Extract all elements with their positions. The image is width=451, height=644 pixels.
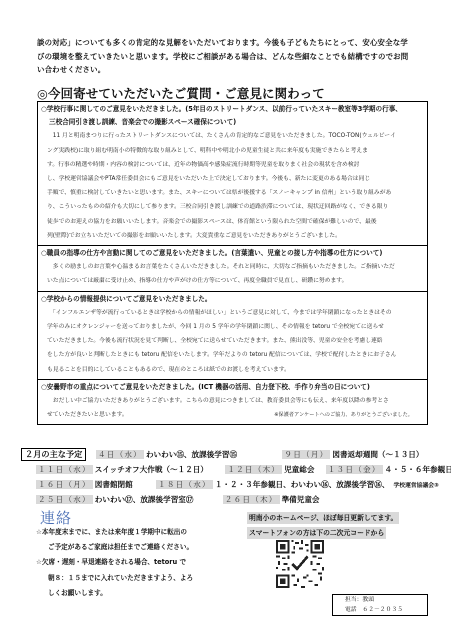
feedback-box: ○学校行事に関してのご意見をいただきました。(5年目のストリートダンス、以前行っ… — [37, 101, 428, 425]
schedule-date: １８日（水） — [156, 480, 213, 489]
feedback-body-line: 列(壁際)でお立ちいただいての撮影をお願いいたします。大変貴重なご意見をいただき… — [41, 229, 423, 243]
intro-paragraph: 談の対応」についても多くの肯定的な見解をいただいております。今後も子どもたちにと… — [37, 36, 429, 77]
feedback-item-information: ○学校からの情報提供についてご意見をいただきました。 「インフルエンザ等が流行っ… — [38, 292, 427, 380]
contact-notes: ☆本年度末までに、または来年度１学期中に転出の ご予定があるご家庭は担任までご連… — [36, 525, 226, 601]
schedule-event: １・２・３年参観日、わいわい⑯、放課後学習⑯、 — [213, 480, 392, 489]
contact-note-line: ☆欠席・遅刻・早退連絡をされる場合、tetoru で — [36, 555, 226, 570]
feedback-body-line: ング実践校)に取り組む明南小の特徴的な取り組みとして、明科中や明北小の児童生徒と… — [41, 144, 423, 158]
schedule-event: 児童総会 — [282, 465, 316, 474]
feedback-body-line: 「インフルエンザ等が流行っているときは学校からの情報がほしい」というご意見に対し… — [41, 306, 423, 320]
schedule-row: １１日（水）スイッチオフ大作戦（～１２日） １２日（木）児童総会 １３日（金）４… — [36, 463, 451, 476]
feedback-title: ○職員の指導の仕方や言動に関してのご意見をいただきました。(言葉遣い、児童との接… — [41, 247, 423, 260]
feedback-body-line: 手順で、慎重に検討していきたいと思います。また、スキーについては県が後援する「ス… — [41, 186, 423, 200]
staff-phone: 電話 ６２－２０３５ — [345, 606, 427, 616]
feedback-body-line: いた点については厳粛に受け止め、指導の仕方や声がけの仕方等について、再度全職員で… — [41, 274, 423, 288]
feedback-body-line: をした方が良いと判断したときにも tetoru 配信をいたします。学年だよりの … — [41, 348, 423, 362]
schedule-row: １６日（月）図書館閉館 １８日（水）１・２・３年参観日、わいわい⑯、放課後学習⑯… — [36, 478, 441, 491]
section-heading: ◎今回寄せていただいたご質問・ご意見に関わって — [37, 84, 325, 102]
intro-line: い合わせください。 — [37, 63, 429, 77]
feedback-body-line: ていただきました。今後も流行状況を見て判断し、全校宛てに送らせていただきます。ま… — [41, 334, 423, 348]
feedback-body-text: せていただきたいと思います。 — [47, 412, 128, 418]
contact-note-line: しくお願いします。 — [36, 586, 226, 601]
schedule-date: １６日（月） — [36, 480, 93, 489]
schedule-date: １３日（金） — [326, 465, 383, 474]
schedule-date: ４日（水） — [96, 450, 144, 459]
schedule-event: 図書館閉館 — [93, 480, 135, 489]
schedule-event: スイッチオフ大作戦（～１２日） — [93, 465, 210, 474]
feedback-body-line: し、学校運営協議会やPTA常任委員会にもご意見をいただいた上で決定しております。… — [41, 172, 423, 186]
schedule-label: ２月の主な予定 — [21, 448, 86, 461]
qr-instruction: スマートフォンの方は下の二次元コードから — [247, 527, 386, 539]
qr-code-icon[interactable] — [276, 540, 324, 588]
feedback-body-line: 学年のみにオクレンジャーを送っておりましたが、今回 1 月の 5 学年の学年閉鎖… — [41, 320, 423, 334]
feedback-body-line: 11 月と明南まつりに行ったストリートダンスについては、たくさんの肯定的なご意見… — [41, 129, 423, 143]
contact-note-line: ☆本年度末までに、または来年度１学期中に転出の — [36, 525, 226, 540]
schedule-event: ４・５・６年参観日 — [383, 465, 451, 474]
staff-contact-box: 担当：教頭 電話 ６２－２０３５ — [332, 594, 428, 616]
homepage-notice: 明南小のホームページ、ほぼ毎日更新してます。 — [247, 512, 399, 524]
schedule-row: ２５日（水）わいわい⑰、放課後学習室⑰ ２６日（木）準備児童会 — [36, 493, 322, 506]
intro-line: 談の対応」についても多くの肯定的な見解をいただいております。今後も子どもたちにと… — [37, 36, 429, 50]
schedule-event: わいわい⑰、放課後学習室⑰ — [93, 495, 196, 504]
feedback-item-school-events: ○学校行事に関してのご意見をいただきました。(5年目のストリートダンス、以前行っ… — [38, 102, 427, 246]
feedback-body-line: おだしい中ご協力いただきありがとうございます。こちらの意見につきましては、教育委… — [41, 394, 423, 408]
schedule-date: ２５日（水） — [36, 495, 93, 504]
feedback-body-line: 徒歩でのお迎えの協力をお願いいたします。音楽会での撮影スペースは、体育館という限… — [41, 215, 423, 229]
schedule-event: わいわい⑮、放課後学習⑮ — [144, 450, 239, 459]
feedback-body-line: り、こういったものの紹介も大切にして参ります。三校合同引き渡し訓練での道路渋滞に… — [41, 200, 423, 214]
schedule-event: 準備児童会 — [280, 495, 322, 504]
contact-note-line: 朝８：１５までに入れていただきますよう、よろ — [36, 571, 226, 586]
intro-line: びの環境を整えていきたいと思います。学校にご相談がある場合は、どんな些細なことで… — [37, 50, 429, 64]
feedback-title: ○学校からの情報提供についてご意見をいただきました。 — [41, 293, 423, 306]
schedule-date: ９日（月） — [282, 450, 330, 459]
staff-in-charge: 担当：教頭 — [345, 596, 427, 606]
schedule-row: ４日（水）わいわい⑮、放課後学習⑮ ９日（月）図書返却週間（～１３日） — [96, 448, 426, 461]
schedule-date: ２６日（木） — [223, 495, 280, 504]
schedule-date: １２日（木） — [225, 465, 282, 474]
survey-thanks-note: ※保護者アンケートへのご協力、ありがとうございました。 — [274, 408, 413, 422]
feedback-body-line: せていただきたいと思います。 ※保護者アンケートへのご協力、ありがとうございまし… — [41, 408, 423, 422]
schedule-event: 図書返却週間（～１３日） — [330, 450, 425, 459]
feedback-item-staff-guidance: ○職員の指導の仕方や言動に関してのご意見をいただきました。(言葉遣い、児童との接… — [38, 246, 427, 292]
feedback-title: ○安曇野市の重点についてご意見をいただきました。(ICT 機器の活用、自力登下校… — [41, 381, 423, 394]
feedback-title: ○学校行事に関してのご意見をいただきました。(5年目のストリートダンス、以前行っ… — [41, 103, 423, 116]
feedback-body-line: す。行事の精選や時期・内容の検討については、近年の物価高や感染症流行時期等児童を… — [41, 158, 423, 172]
feedback-body-line: も見ることを目的にしていることもあるので、現在のところは紙でのお渡しを考えていま… — [41, 363, 423, 377]
contact-note-line: ご予定があるご家庭は担任までご連絡ください。 — [36, 540, 226, 555]
feedback-body-line: 多くの励ましのお言葉や心温まるお言葉をたくさんいただきました。それと同時に、大切… — [41, 260, 423, 274]
feedback-item-city-priorities: ○安曇野市の重点についてご意見をいただきました。(ICT 機器の活用、自力登下校… — [38, 380, 427, 425]
feedback-title: 三校合同引き渡し訓練、音楽会での撮影スペース確保について) — [41, 116, 423, 129]
schedule-date: １１日（水） — [36, 465, 93, 474]
schedule-event: 学校運営協議会③ — [391, 483, 441, 489]
